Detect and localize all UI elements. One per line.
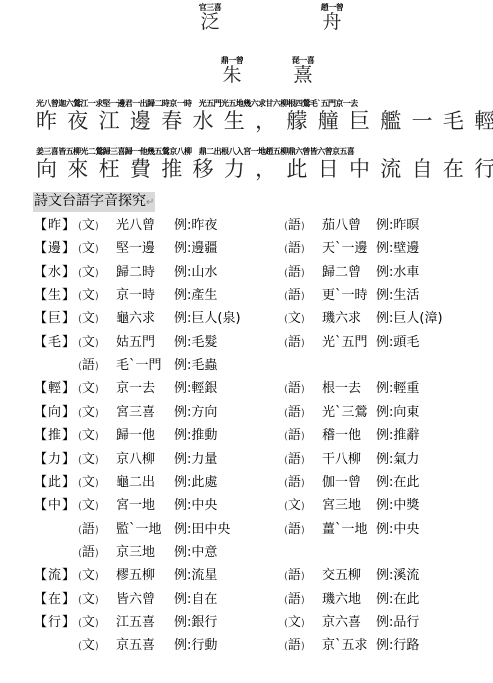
reading-type: (語) [78,355,99,378]
reading-type: (文) [78,472,99,495]
reading-type: (文) [78,262,99,285]
reading-code: 京一去 [116,378,155,400]
example-word: 例:在此 [376,589,419,611]
reading-code: 京六喜 [322,612,361,634]
reading-code: 歸二曾 [322,262,361,284]
reading-type: (語) [284,425,305,448]
example-word: 例:生活 [376,285,419,307]
reading-type: (文) [78,589,99,612]
entry-character: 【邊】 [34,238,76,260]
example-word: 例:此處 [174,472,217,494]
entry-character: 【向】 [34,402,76,424]
author-char-2: 琵一喜 熹 [283,56,323,85]
reading-code: 璣六求 [322,308,361,330]
example-word: 例:銀行 [174,612,217,634]
poem-line-annotation: 光八曾迦六鶯江一求堅一邊君一出歸二時京一時 光五門光五地幾六求甘六柳根四鶯毛`五… [36,99,493,109]
example-word: 例:行路 [376,635,419,657]
example-word: 例:山水 [174,262,217,284]
entry-character: 【在】 [34,589,76,611]
reading-type: (語) [284,378,305,401]
section-heading: 詩文台語字音探究↵ [33,192,155,212]
entry-character: 【行】 [34,612,76,634]
poem-line-verse: 向來枉費推移力，此日中流自在行。 [36,157,493,181]
reading-code: 光`五門 [322,332,368,354]
reading-type: (語) [284,332,305,355]
reading-code: 皆六曾 [116,589,155,611]
example-word: 例:推辭 [376,425,419,447]
reading-type: (文) [78,402,99,425]
reading-code: 堅一邊 [116,238,155,260]
example-word: 例:輕重 [376,378,419,400]
example-word: 例:毛髮 [174,332,217,354]
reading-type: (文) [78,285,99,308]
reading-type: (語) [284,238,305,261]
reading-type: (文) [284,612,305,635]
reading-code: 光八曾 [116,215,155,237]
reading-code: 薑`一地 [322,519,368,541]
author-char-1: 鼎一曾 朱 [212,56,252,85]
reading-code: 宮三地 [322,495,361,517]
example-word: 例:產生 [174,285,217,307]
example-word: 例:推動 [174,425,217,447]
entry-character: 【力】 [34,449,76,471]
example-word: 例:田中央 [174,519,230,541]
example-word: 例:中意 [174,542,217,564]
ruby-base: 朱 [212,65,252,85]
poem-line-2: 姜三喜皆五柳光二鶯歸三喜歸一他幾五鶯京八柳 鼎二出根八入宮一地趙五柳鼎六曾皆六曾… [36,147,493,181]
entry-character: 【中】 [34,495,76,517]
reading-code: 姑五門 [116,332,155,354]
example-word: 例:邊疆 [174,238,217,260]
paragraph-mark-icon: ↵ [146,197,154,208]
reading-type: (語) [284,262,305,285]
reading-code: 宮一地 [116,495,155,517]
example-word: 例:力量 [174,449,217,471]
title-char-2: 趙一曾 舟 [312,3,352,32]
reading-type: (文) [78,612,99,635]
example-word: 例:昨夜 [174,215,217,237]
reading-code: 京五喜 [116,635,155,657]
reading-code: 樛五柳 [116,565,155,587]
example-word: 例:巨人(漳) [376,308,443,330]
entry-character: 【流】 [34,565,76,587]
reading-code: 京三地 [116,542,155,564]
example-word: 例:輕銀 [174,378,217,400]
entry-character: 【水】 [34,262,76,284]
reading-type: (文) [78,215,99,238]
section-heading-text: 詩文台語字音探究 [34,193,146,209]
example-word: 例:水車 [376,262,419,284]
entry-character: 【毛】 [34,332,76,354]
example-word: 例:溪流 [376,565,419,587]
reading-code: 璣六地 [322,589,361,611]
reading-code: 毛`一門 [116,355,162,377]
example-word: 例:中央 [174,495,217,517]
reading-type: (語) [78,519,99,542]
reading-type: (語) [78,542,99,565]
ruby-base: 舟 [312,12,352,32]
reading-code: 交五柳 [322,565,361,587]
reading-code: 更`一時 [322,285,368,307]
example-word: 例:流星 [174,565,217,587]
reading-code: 宮三喜 [116,402,155,424]
example-word: 例:行動 [174,635,217,657]
reading-type: (文) [78,495,99,518]
reading-code: 茄八曾 [322,215,361,237]
reading-type: (文) [78,425,99,448]
reading-code: 江五喜 [116,612,155,634]
reading-type: (語) [284,449,305,472]
title-char-1: 官三喜 泛 [190,3,230,32]
reading-type: (文) [78,449,99,472]
reading-type: (文) [284,495,305,518]
reading-code: 監`一地 [116,519,162,541]
reading-code: 龜六求 [116,308,155,330]
reading-code: 京`五求 [322,635,368,657]
entry-character: 【此】 [34,472,76,494]
reading-type: (語) [284,402,305,425]
entry-character: 【巨】 [34,308,76,330]
example-word: 例:方向 [174,402,217,424]
reading-code: 稽一他 [322,425,361,447]
reading-code: 根一去 [322,378,361,400]
reading-type: (語) [284,565,305,588]
example-word: 例:中獎 [376,495,419,517]
example-word: 例:壁邊 [376,238,419,260]
reading-code: 伽一曾 [322,472,361,494]
example-word: 例:在此 [376,472,419,494]
reading-type: (語) [284,285,305,308]
example-word: 例:中央 [376,519,419,541]
reading-code: 光`三鶯 [322,402,368,424]
reading-type: (文) [78,635,99,658]
poem-line-annotation: 姜三喜皆五柳光二鶯歸三喜歸一他幾五鶯京八柳 鼎二出根八入宮一地趙五柳鼎六曾皆六曾… [36,147,493,157]
poem-line-verse: 昨夜江邊春水生，艨艟巨艦一毛輕。 [36,109,493,133]
reading-code: 京一時 [116,285,155,307]
reading-type: (文) [78,332,99,355]
reading-code: 龜二出 [116,472,155,494]
reading-type: (文) [284,308,305,331]
reading-type: (語) [284,472,305,495]
reading-type: (文) [78,565,99,588]
entry-character: 【輕】 [34,378,76,400]
reading-code: 干八柳 [322,449,361,471]
entry-character: 【推】 [34,425,76,447]
example-word: 例:頭毛 [376,332,419,354]
example-word: 例:毛蟲 [174,355,217,377]
example-word: 例:氣力 [376,449,419,471]
entry-character: 【生】 [34,285,76,307]
entry-character: 【昨】 [34,215,76,237]
ruby-base: 泛 [190,12,230,32]
example-word: 例:品行 [376,612,419,634]
reading-type: (文) [78,308,99,331]
reading-type: (語) [284,635,305,658]
example-word: 例:向東 [376,402,419,424]
reading-type: (語) [284,215,305,238]
example-word: 例:自在 [174,589,217,611]
reading-type: (語) [284,589,305,612]
reading-code: 天`一邊 [322,238,368,260]
example-word: 例:巨人(泉) [174,308,241,330]
ruby-base: 熹 [283,65,323,85]
poem-line-1: 光八曾迦六鶯江一求堅一邊君一出歸二時京一時 光五門光五地幾六求甘六柳根四鶯毛`五… [36,99,493,133]
reading-type: (語) [284,519,305,542]
reading-type: (文) [78,238,99,261]
reading-type: (文) [78,378,99,401]
example-word: 例:昨暝 [376,215,419,237]
reading-code: 歸一他 [116,425,155,447]
reading-code: 歸二時 [116,262,155,284]
reading-code: 京八柳 [116,449,155,471]
